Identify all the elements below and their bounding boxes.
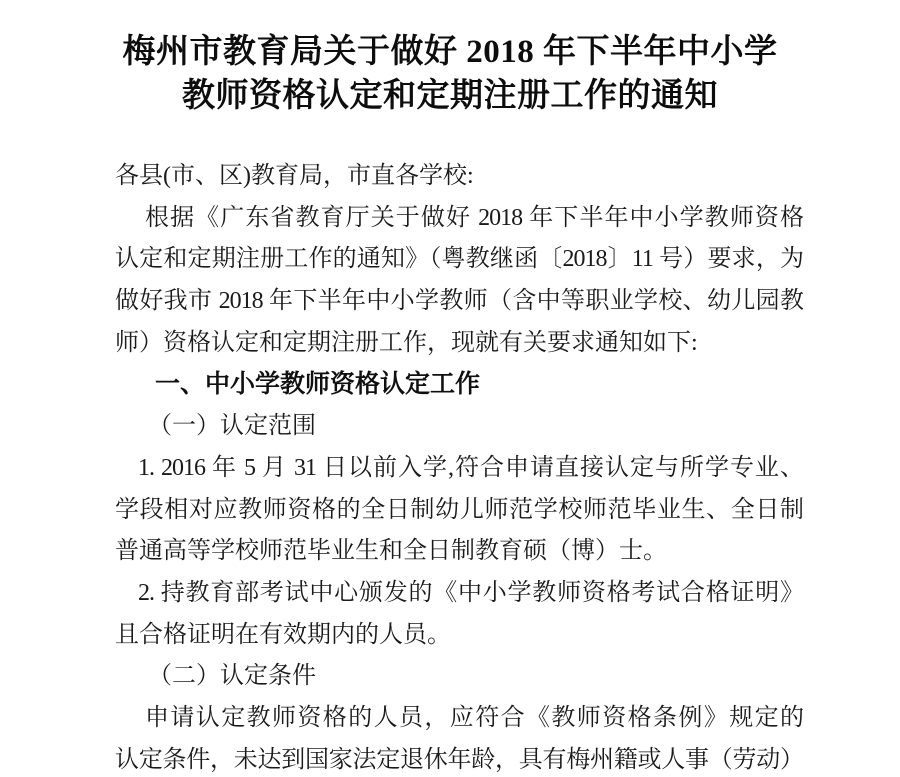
section-heading: 一、中小学教师资格认定工作 [115, 364, 803, 406]
list-item-line: 1. 2016 年 5 月 31 日以前入学,符合申请直接认定与所学专业、 [115, 448, 803, 490]
document-body: 各县(市、区)教育局，市直各学校: 根据《广东省教育厅关于做好 2018 年下半… [115, 156, 803, 777]
paragraph-line: 认定条件，未达到国家法定退休年龄，具有梅州籍或人事（劳动） [115, 740, 803, 777]
document-page: 梅州市教育局关于做好 2018 年下半年中小学 教师资格认定和定期注册工作的通知… [0, 0, 900, 777]
subsection-heading: （二）认定条件 [115, 656, 803, 698]
document-title: 梅州市教育局关于做好 2018 年下半年中小学 教师资格认定和定期注册工作的通知 [0, 30, 900, 118]
list-item-line: 学段相对应教师资格的全日制幼儿师范学校师范毕业生、全日制 [115, 490, 803, 532]
paragraph-line: 师）资格认定和定期注册工作，现就有关要求通知如下: [115, 323, 803, 365]
list-item-line: 普通高等学校师范毕业生和全日制教育硕（博）士。 [115, 531, 803, 573]
paragraph-line: 做好我市 2018 年下半年中小学教师（含中等职业学校、幼儿园教 [115, 281, 803, 323]
paragraph-line: 根据《广东省教育厅关于做好 2018 年下半年中小学教师资格 [115, 198, 803, 240]
list-item-line: 且合格证明在有效期内的人员。 [115, 615, 803, 657]
document-title-line-1: 梅州市教育局关于做好 2018 年下半年中小学 [0, 30, 900, 74]
document-title-line-2: 教师资格认定和定期注册工作的通知 [0, 74, 900, 118]
paragraph-line: 认定和定期注册工作的通知》（粤教继函〔2018〕11 号）要求，为 [115, 239, 803, 281]
list-item-line: 2. 持教育部考试中心颁发的《中小学教师资格考试合格证明》 [115, 573, 803, 615]
salutation-line: 各县(市、区)教育局，市直各学校: [115, 156, 803, 198]
subsection-heading: （一）认定范围 [115, 406, 803, 448]
paragraph-line: 申请认定教师资格的人员，应符合《教师资格条例》规定的 [115, 698, 803, 740]
